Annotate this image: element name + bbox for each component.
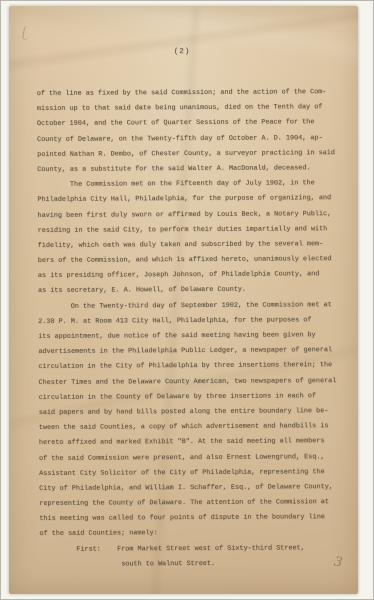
document-text: of the line as fixed by the said Commiss… bbox=[37, 85, 360, 573]
document-line: of the said Commission were present, and… bbox=[39, 449, 359, 466]
document-paper: (2) of the line as fixed by the said Com… bbox=[9, 6, 358, 594]
document-line: Assistant City Solicitor of the City of … bbox=[39, 465, 359, 482]
document-line: hereto affixed and marked Exhibit "B". A… bbox=[39, 434, 359, 451]
scanned-document-image: (2) of the line as fixed by the said Com… bbox=[0, 0, 374, 600]
document-line: this meeting was called to four points o… bbox=[39, 510, 359, 527]
document-content: (2) of the line as fixed by the said Com… bbox=[7, 5, 360, 595]
document-line: having been first duly sworn or affirmed… bbox=[37, 206, 357, 223]
document-line: Chester Times and the Delaware County Am… bbox=[38, 373, 358, 390]
document-line: south to Walnut Street. bbox=[40, 556, 360, 573]
document-line: as its presiding officer, Joseph Johnson… bbox=[38, 267, 358, 284]
document-line: On the Twenty-third day of September 190… bbox=[38, 298, 358, 315]
document-line: residing in the said City, to perform th… bbox=[38, 222, 358, 239]
document-line: Philadelphia City Hall, Philadelphia, fo… bbox=[37, 191, 357, 208]
document-line: circulation in the City of Philadelphia … bbox=[38, 358, 358, 375]
document-line: October 1904, and the Court of Quarter S… bbox=[37, 115, 357, 132]
page-number: (2) bbox=[7, 47, 356, 57]
document-line: County of Delaware, on the Twenty-fifth … bbox=[37, 130, 357, 147]
